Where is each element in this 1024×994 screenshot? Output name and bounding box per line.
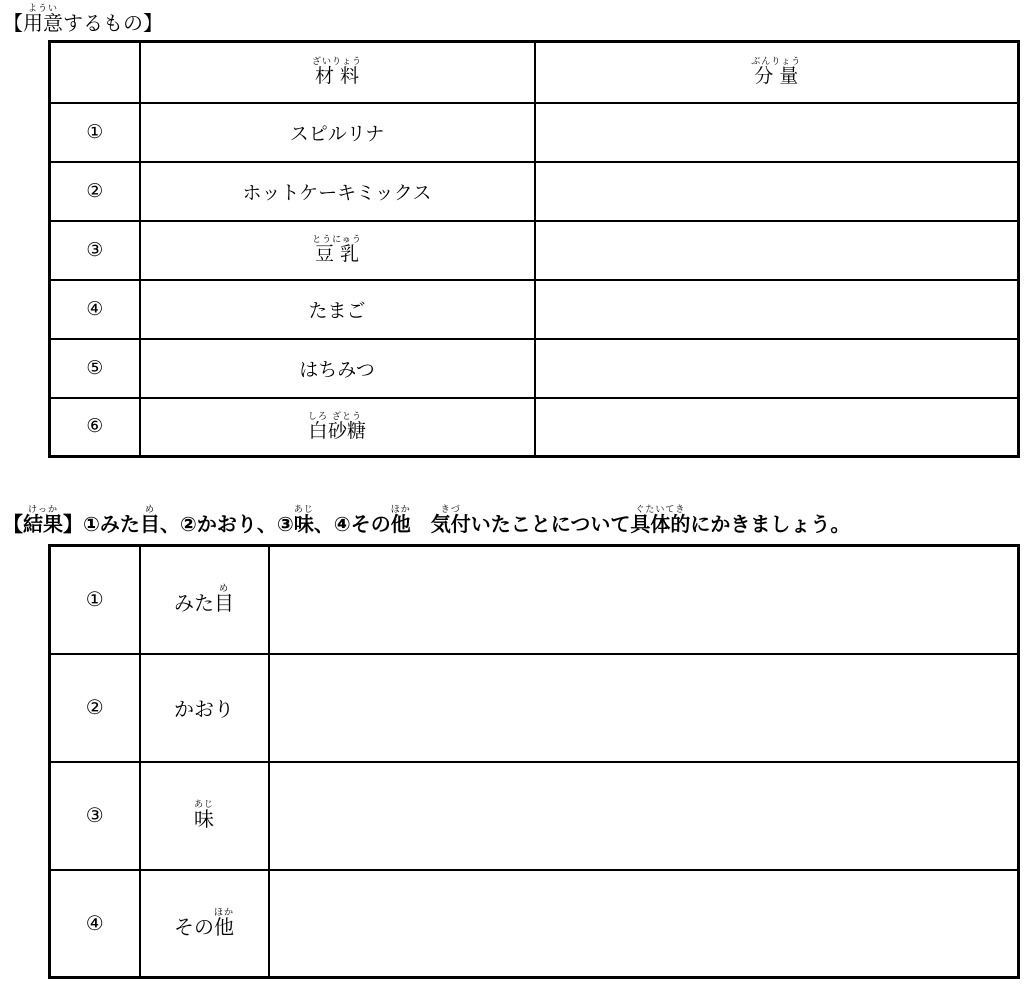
table-row: ④ その他ほか <box>50 870 1019 978</box>
furigana: ほか <box>214 907 234 917</box>
row-number-cell: ④ <box>50 280 140 339</box>
furigana: きづ <box>431 504 471 514</box>
material-cell: 白しろ砂糖ざとう <box>140 398 535 457</box>
row-number-cell: ⑥ <box>50 398 140 457</box>
table-row: ⑤ はちみつ <box>50 339 1019 398</box>
ruby-annotated-text: 味あじ <box>294 514 314 536</box>
furigana: め <box>140 504 160 514</box>
prepare-header-row: 材料ざいりょう 分量ぶんりょう <box>50 42 1019 103</box>
table-row: ① スピルリナ <box>50 103 1019 162</box>
quantity-cell <box>535 162 1019 221</box>
aspect-label-cell: かおり <box>140 654 269 762</box>
ruby-annotated-text: 分量ぶんりょう <box>751 66 801 87</box>
row-number-cell: ① <box>50 546 140 654</box>
furigana: しろ <box>308 411 328 421</box>
furigana: ほか <box>391 504 411 514</box>
material-cell: ホットケーキミックス <box>140 162 535 221</box>
row-number-cell: ② <box>50 654 140 762</box>
ruby-annotated-text: 結果けっか <box>23 514 63 536</box>
table-row: ③ 豆乳とうにゅう <box>50 221 1019 280</box>
prepare-section: 【用意よういするもの】 材料ざいりょう 分量ぶんりょう ① スピルリナ <box>0 3 1024 458</box>
furigana: ざとう <box>328 411 366 421</box>
furigana: ざいりょう <box>312 56 362 66</box>
furigana: ぶんりょう <box>751 56 801 66</box>
furigana: けっか <box>23 504 63 514</box>
material-cell: 豆乳とうにゅう <box>140 221 535 280</box>
quantity-header-cell: 分量ぶんりょう <box>535 42 1019 103</box>
ruby-annotated-text: 気付きづ <box>431 514 471 536</box>
ruby-annotated-text: 具体的ぐたいてき <box>630 514 690 536</box>
material-cell: はちみつ <box>140 339 535 398</box>
ruby-annotated-text: 用意ようい <box>23 13 63 35</box>
furigana: め <box>214 583 234 593</box>
ruby-annotated-text: 味あじ <box>194 809 214 831</box>
quantity-cell <box>535 398 1019 457</box>
row-number-cell: ③ <box>50 762 140 870</box>
ruby-annotated-text: 他ほか <box>391 514 411 536</box>
row-number-cell: ① <box>50 103 140 162</box>
ruby-annotated-text: 目め <box>214 593 234 615</box>
furigana: ぐたいてき <box>630 504 690 514</box>
furigana: あじ <box>194 799 214 809</box>
result-section: 【結果けっか】①みた目め、②かおり、③味あじ、④その他ほか 気付きづいたことにつ… <box>0 504 1024 979</box>
material-cell: スピルリナ <box>140 103 535 162</box>
furigana: ようい <box>23 3 63 13</box>
aspect-label-cell: みた目め <box>140 546 269 654</box>
prepare-table: 材料ざいりょう 分量ぶんりょう ① スピルリナ ② ホットケーキミックス ③ 豆 <box>48 40 1020 458</box>
row-number-cell: ③ <box>50 221 140 280</box>
result-heading: 【結果けっか】①みた目め、②かおり、③味あじ、④その他ほか 気付きづいたことにつ… <box>3 504 1024 537</box>
ruby-annotated-text: 砂糖ざとう <box>328 421 366 442</box>
table-row: ③ 味あじ <box>50 762 1019 870</box>
ruby-annotated-text: 白しろ <box>308 421 328 442</box>
quantity-cell <box>535 103 1019 162</box>
table-row: ② かおり <box>50 654 1019 762</box>
result-table: ① みた目め ② かおり ③ 味あじ ④ その他ほか <box>48 544 1020 979</box>
row-number-cell: ② <box>50 162 140 221</box>
answer-cell <box>269 546 1019 654</box>
quantity-cell <box>535 339 1019 398</box>
ruby-annotated-text: 他ほか <box>214 917 234 939</box>
answer-cell <box>269 762 1019 870</box>
furigana: あじ <box>294 504 314 514</box>
material-header-cell: 材料ざいりょう <box>140 42 535 103</box>
ruby-annotated-text: 材料ざいりょう <box>312 66 362 87</box>
number-header-cell <box>50 42 140 103</box>
table-row: ① みた目め <box>50 546 1019 654</box>
ruby-annotated-text: 目め <box>140 514 160 536</box>
furigana: とうにゅう <box>312 234 362 244</box>
answer-cell <box>269 870 1019 978</box>
prepare-heading: 【用意よういするもの】 <box>3 3 1024 36</box>
row-number-cell: ④ <box>50 870 140 978</box>
aspect-label-cell: その他ほか <box>140 870 269 978</box>
table-row: ② ホットケーキミックス <box>50 162 1019 221</box>
table-row: ④ たまご <box>50 280 1019 339</box>
row-number-cell: ⑤ <box>50 339 140 398</box>
material-cell: たまご <box>140 280 535 339</box>
quantity-cell <box>535 280 1019 339</box>
quantity-cell <box>535 221 1019 280</box>
table-row: ⑥ 白しろ砂糖ざとう <box>50 398 1019 457</box>
aspect-label-cell: 味あじ <box>140 762 269 870</box>
ruby-annotated-text: 豆乳とうにゅう <box>312 244 362 265</box>
answer-cell <box>269 654 1019 762</box>
worksheet: 【用意よういするもの】 材料ざいりょう 分量ぶんりょう ① スピルリナ <box>0 0 1024 979</box>
